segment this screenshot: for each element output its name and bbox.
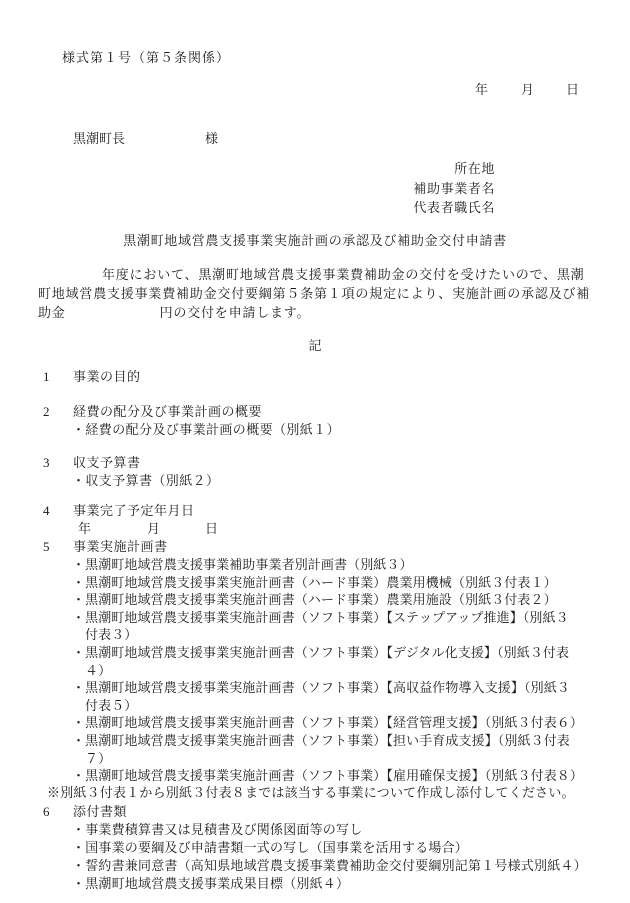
sender-representative-label: 代表者職氏名 [195, 198, 495, 218]
section-4-heading: 4事業完了予定年月日 [43, 502, 195, 519]
section-2-title: 経費の配分及び事業計画の概要 [73, 404, 262, 419]
attachment-item: ・黒潮町地域営農支援事業実施計画書（ソフト事業）【担い手育成支援】（別紙３付表 [72, 732, 583, 750]
month-label: 月 [521, 81, 534, 98]
sender-business-name-label: 補助事業者名 [195, 179, 495, 199]
section-5-title: 事業実施計画書 [73, 539, 168, 554]
attachment-item: ・事業費積算書又は見積書及び関係図面等の写し [72, 821, 587, 839]
sender-address-label: 所在地 [195, 159, 495, 179]
year-label: 年 [475, 81, 488, 98]
section-3-heading: 3収支予算書 [43, 454, 141, 471]
section-4-number: 4 [43, 502, 73, 519]
attachment-item: ・黒潮町地域営農支援事業実施計画書（ソフト事業）【経営管理支援】（別紙３付表６） [72, 714, 583, 732]
attachment-item-continuation: 付表５） [72, 697, 583, 715]
attachment-item: ・黒潮町地域営農支援事業補助事業者別計画書（別紙３） [72, 556, 583, 574]
body-line-3: 助金円の交付を申請します。 [38, 303, 594, 322]
document-page: 様式第１号（第５条関係） 年 月 日 黒潮町長様 所在地 補助事業者名 代表者職… [0, 0, 630, 903]
day-label: 日 [566, 81, 579, 98]
attachment-item-continuation: 付表３） [72, 626, 583, 644]
addressee-name: 黒潮町長 [73, 131, 125, 146]
section-4-title: 事業完了予定年月日 [73, 503, 195, 518]
section-5-number: 5 [43, 538, 73, 555]
ki-marker: 記 [0, 337, 630, 354]
section-2-heading: 2経費の配分及び事業計画の概要 [43, 403, 262, 420]
attachment-item: ・黒潮町地域営農支援事業実施計画書（ハード事業）農業用機械（別紙３付表１） [72, 574, 583, 592]
day-label: 日 [205, 520, 218, 537]
attachment-item: ・国事業の要綱及び申請書類一式の写し（国事業を活用する場合） [72, 839, 587, 857]
section-5-attachment-list: ・黒潮町地域営農支援事業補助事業者別計画書（別紙３） ・黒潮町地域営農支援事業実… [72, 556, 583, 785]
section-3-attachment-item: ・収支予算書（別紙２） [72, 472, 219, 489]
section-6-attachment-list: ・事業費積算書又は見積書及び関係図面等の写し ・国事業の要綱及び申請書類一式の写… [72, 821, 587, 893]
attachment-item: ・黒潮町地域営農支援事業実施計画書（ハード事業）農業用施設（別紙３付表２） [72, 591, 583, 609]
attachment-item: ・黒潮町地域営農支援事業実施計画書（ソフト事業）【ステップアップ推進】（別紙３ [72, 609, 583, 627]
attachment-item-continuation: ７） [72, 750, 583, 768]
attachment-item-continuation: ４） [72, 662, 583, 680]
addressee-line: 黒潮町長様 [73, 130, 218, 147]
addressee-honorific: 様 [205, 131, 218, 146]
year-label: 年 [78, 520, 91, 537]
section-3-number: 3 [43, 454, 73, 471]
section-6-number: 6 [43, 803, 73, 820]
section-1-heading: 1事業の目的 [43, 368, 141, 385]
attachment-item: ・誓約書兼同意書（高知県地域営農支援事業費補助金交付要綱別記第１号様式別紙４） [72, 857, 587, 875]
section-1-number: 1 [43, 368, 73, 385]
attachment-item: ・黒潮町地域営農支援事業実施計画書（ソフト事業）【デジタル化支援】（別紙３付表 [72, 644, 583, 662]
form-number: 様式第１号（第５条関係） [62, 49, 230, 66]
note-asterisk: ※別紙３付表１から別紙３付表８までは該当する事業について作成し添付してください。 [47, 784, 575, 801]
sender-fields: 所在地 補助事業者名 代表者職氏名 [195, 159, 495, 218]
attachment-item: ・黒潮町地域営農支援事業実施計画書（ソフト事業）【高収益作物導入支援】（別紙３ [72, 679, 583, 697]
body-line-1: 年度において、黒潮町地域営農支援事業費補助金の交付を受けたいので、黒潮 [38, 265, 594, 284]
application-body: 年度において、黒潮町地域営農支援事業費補助金の交付を受けたいので、黒潮 町地域営… [38, 265, 594, 322]
issue-date-line: 年 月 日 [475, 81, 585, 98]
body-line-2: 町地域営農支援事業費補助金交付要綱第５条第１項の規定により、実施計画の承認及び補 [38, 284, 594, 303]
section-5-heading: 5事業実施計画書 [43, 538, 168, 555]
attachment-item: ・黒潮町地域営農支援事業実施計画書（ソフト事業）【雇用確保支援】（別紙３付表８） [72, 767, 583, 785]
section-6-title: 添付書類 [73, 804, 127, 819]
section-3-title: 収支予算書 [73, 455, 141, 470]
section-2-number: 2 [43, 403, 73, 420]
completion-date-line: 年 月 日 [78, 520, 238, 537]
section-6-heading: 6添付書類 [43, 803, 127, 820]
attachment-item: ・黒潮町地域営農支援事業成果目標（別紙４） [72, 875, 587, 893]
section-1-title: 事業の目的 [73, 369, 141, 384]
section-2-attachment-item: ・経費の配分及び事業計画の概要（別紙１） [72, 421, 340, 438]
month-label: 月 [147, 520, 160, 537]
document-title: 黒潮町地域営農支援事業実施計画の承認及び補助金交付申請書 [0, 232, 630, 249]
